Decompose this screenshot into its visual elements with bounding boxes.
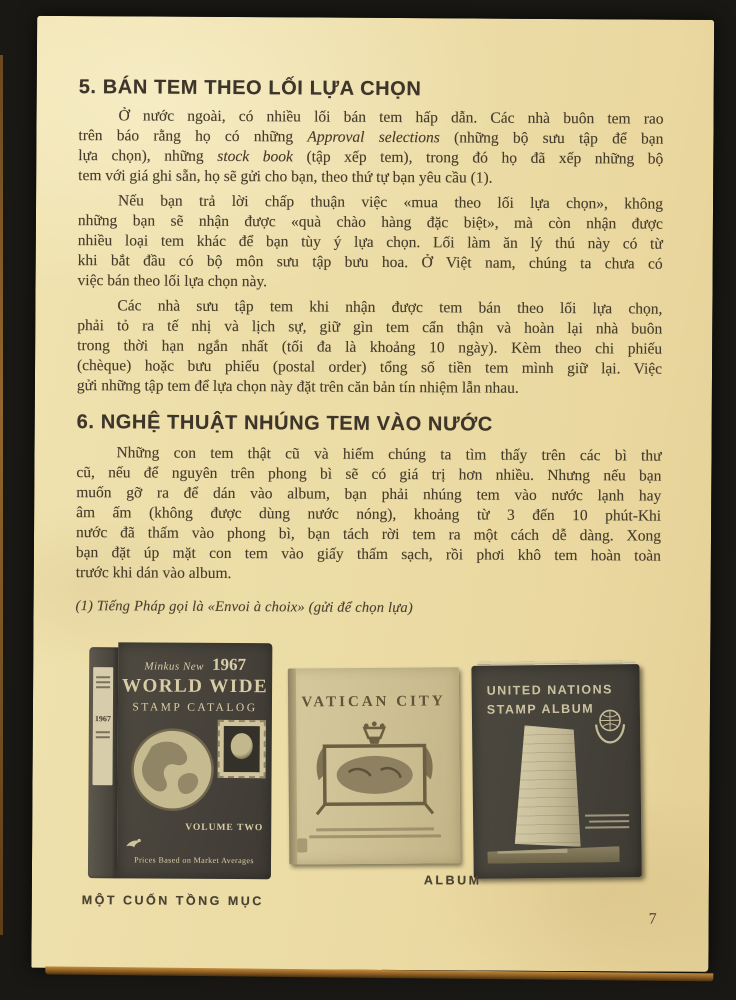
vatican-album-photo: VATICAN CITY	[288, 667, 461, 864]
book-page: 5. BÁN TEM THEO LỐI LỰA CHỌN Ở nước ngoà…	[31, 16, 714, 972]
section-5-heading: 5. BÁN TEM THEO LỐI LỰA CHỌN	[79, 74, 664, 104]
stamp-portrait	[231, 733, 253, 759]
un-cover: UNITED NATIONS STAMP ALBUM	[471, 664, 641, 879]
text-line: gửi những tập tem để lựa chọn này đặt tr…	[77, 376, 662, 400]
small-print-line	[316, 827, 434, 831]
footnote: (1) Tiếng Pháp gọi là «Envoi à choix» (g…	[76, 598, 661, 619]
un-title-line2: STAMP ALBUM	[487, 702, 594, 717]
small-print-line	[585, 826, 629, 828]
text-line: việc bán theo lối lựa chọn này.	[78, 271, 663, 295]
globe-icon	[129, 726, 216, 813]
spine-label: 1967	[92, 667, 113, 785]
un-title-line1: UNITED NATIONS	[487, 682, 613, 697]
catalog-title-main: WORLD WIDE	[118, 675, 272, 698]
section-6-paragraphs: Những con tem thật cũ và hiếm chúng ta t…	[76, 443, 662, 587]
small-print-line	[585, 814, 629, 816]
un-building-base	[487, 842, 619, 863]
spine-text-line	[96, 731, 110, 733]
catalog-year: 1967	[212, 655, 246, 674]
crest-icon	[308, 719, 441, 822]
stamp-catalog-book-photo: 1967 Minkus New 1967 WORLD WIDE STAMP CA…	[88, 642, 272, 883]
vatican-title: VATICAN CITY	[288, 693, 459, 711]
section-5-paragraphs: Ở nước ngoài, có nhiều lối bán tem hấp d…	[77, 106, 664, 400]
album-pages-edge	[477, 660, 635, 670]
spine-text-line	[96, 736, 110, 738]
small-print-line	[589, 820, 629, 822]
catalog-title-top: Minkus New 1967	[118, 654, 272, 675]
paragraph: Những con tem thật cũ và hiếm chúng ta t…	[76, 443, 662, 587]
paragraph: Nếu bạn trả lời chấp thuận việc «mua the…	[78, 191, 664, 295]
catalog-volume: VOLUME TWO	[185, 823, 263, 833]
spine-year: 1967	[93, 714, 113, 723]
publisher-bird-icon	[123, 832, 145, 854]
un-emblem-icon	[590, 704, 630, 748]
text-line: trước khi dán vào album.	[76, 563, 661, 587]
corner-mark	[297, 838, 307, 852]
book-spine: 1967	[88, 647, 118, 878]
vatican-spine	[288, 669, 298, 865]
spine-text-line	[96, 676, 110, 678]
paragraph: Các nhà sưu tập tem khi nhận được tem bá…	[77, 296, 663, 400]
caption-catalog: MỘT CUỐN TỒNG MỤC	[82, 893, 264, 908]
caption-album: ALBUM	[424, 873, 482, 887]
small-print-line	[309, 834, 441, 838]
paragraph: Ở nước ngoài, có nhiều lối bán tem hấp d…	[78, 106, 663, 190]
stamp-vignette	[224, 726, 260, 772]
page-content: 5. BÁN TEM THEO LỐI LỰA CHỌN Ở nước ngoà…	[76, 74, 664, 619]
un-building-illustration	[512, 725, 583, 848]
catalog-tagline: Prices Based on Market Averages	[117, 855, 271, 865]
catalog-title-sub: STAMP CATALOG	[118, 701, 272, 714]
text-line: tem với giá ghi sẵn, họ sẽ gửi cho bạn, …	[78, 166, 663, 190]
catalog-front-cover: Minkus New 1967 WORLD WIDE STAMP CATALOG…	[117, 642, 272, 879]
book-cover-edge	[0, 55, 3, 935]
catalog-script-title: Minkus New	[144, 660, 204, 672]
vatican-cover	[288, 667, 461, 864]
spine-text-line	[96, 681, 110, 683]
page-number: 7	[636, 910, 670, 928]
un-album-photo: UNITED NATIONS STAMP ALBUM	[471, 664, 641, 879]
section-6-heading: 6. NGHỆ THUẬT NHÚNG TEM VÀO NƯỚC	[77, 409, 662, 439]
spine-text-line	[96, 686, 110, 688]
stamp-icon	[218, 720, 266, 778]
